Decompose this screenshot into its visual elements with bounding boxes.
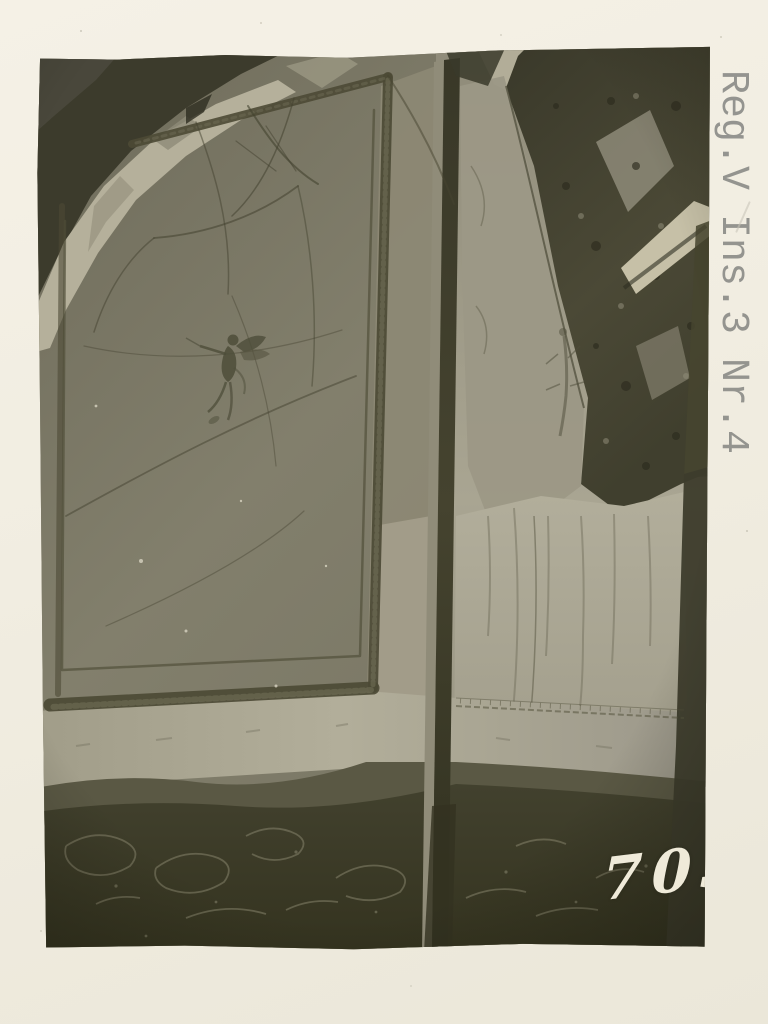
- fresco-scene: [36, 46, 712, 952]
- album-page: 703 Reg.V Ins.3 Nr.4: [0, 0, 768, 1024]
- paper-specks: [80, 30, 82, 32]
- photo-vignette: [36, 46, 712, 952]
- archive-label: Reg.V Ins.3 Nr.4: [712, 70, 752, 454]
- photo-print: 703: [36, 46, 712, 952]
- negative-number: 703: [602, 833, 750, 910]
